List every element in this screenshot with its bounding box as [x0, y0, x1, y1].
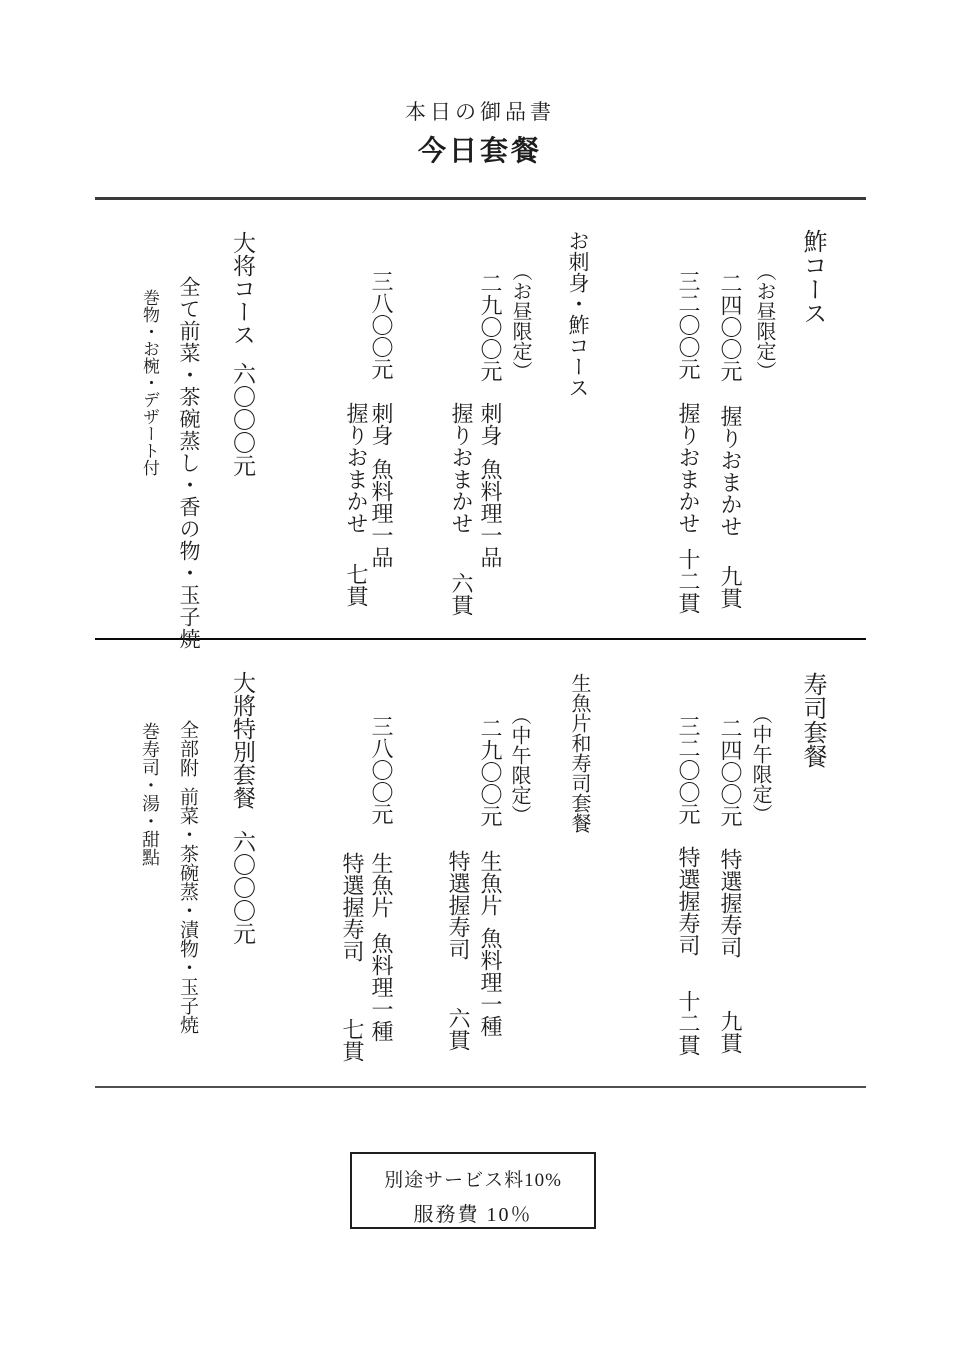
zh-special-set-included-1: 全部附前菜・茶碗蒸・漬物・玉子焼: [178, 720, 197, 1034]
zh-sashimi-set-lunch-option-detail: 特選握寿司六貫: [447, 850, 469, 1051]
service-charge-note-ja: 別途サービス料10%: [352, 1165, 594, 1192]
price-label: 二九〇〇元: [478, 717, 503, 827]
pieces-label: 十二貫: [676, 990, 701, 1056]
service-charge-note-zh: 服務費 10％: [352, 1198, 594, 1227]
zh-sushi-set-title: 寿司套餐: [800, 672, 824, 768]
chinese-menu-section: 寿司套餐 （中午限定） 二四〇〇元特選握寿司九貫 三二〇〇元特選握寿司十二貫 生…: [0, 0, 960, 1347]
menu-page: 本日の御品書 今日套餐 鮓コース （お昼限定） 二四〇〇元握りおまかせ九貫 三二…: [0, 0, 960, 1347]
price-label: 三八〇〇元: [369, 715, 394, 825]
pieces-label: 九貫: [718, 1010, 743, 1054]
pieces-label: 七貫: [340, 1018, 365, 1062]
price-label: 三二〇〇元: [676, 715, 701, 825]
zh-sushi-set-lunch-option: 二四〇〇元特選握寿司九貫: [719, 717, 741, 1054]
zh-special-set-included-2: 巻寿司・湯・甜點: [141, 722, 159, 866]
item-label: 魚料理一種: [478, 927, 503, 1037]
included-items-label: 前菜・茶碗蒸・漬物・玉子焼: [177, 787, 198, 1034]
item-label: 生魚片: [369, 852, 394, 918]
item-label: 特選握寿司: [676, 846, 701, 956]
zh-special-set-title-price: 大將特別套餐六〇〇〇元: [231, 671, 254, 945]
service-charge-box: 別途サービス料10% 服務費 10％: [350, 1152, 596, 1229]
item-label: 魚料理一種: [369, 932, 394, 1042]
included-prefix-label: 全部附: [177, 720, 198, 777]
zh-sashimi-set-title: 生魚片和寿司套餐: [569, 673, 589, 833]
zh-sashimi-set-note: （中午限定）: [509, 705, 529, 825]
zh-sashimi-set-regular-option: 三八〇〇元生魚片魚料理一種: [370, 715, 392, 1042]
zh-sushi-set-regular-option: 三二〇〇元特選握寿司十二貫: [677, 715, 699, 1056]
zh-sashimi-set-regular-option-detail: 特選握寿司七貫: [341, 852, 363, 1062]
item-label: 特選握寿司: [340, 852, 365, 962]
item-label: 特選握寿司: [718, 848, 743, 958]
course-title-label: 大將特別套餐: [230, 671, 255, 809]
zh-sashimi-set-lunch-option: 二九〇〇元生魚片魚料理一種: [479, 717, 501, 1037]
pieces-label: 六貫: [446, 1007, 471, 1051]
zh-sushi-set-note: （中午限定）: [750, 704, 770, 824]
item-label: 特選握寿司: [446, 850, 471, 960]
price-label: 二四〇〇元: [718, 717, 743, 827]
item-label: 生魚片: [478, 850, 503, 916]
price-label: 六〇〇〇元: [230, 830, 255, 945]
